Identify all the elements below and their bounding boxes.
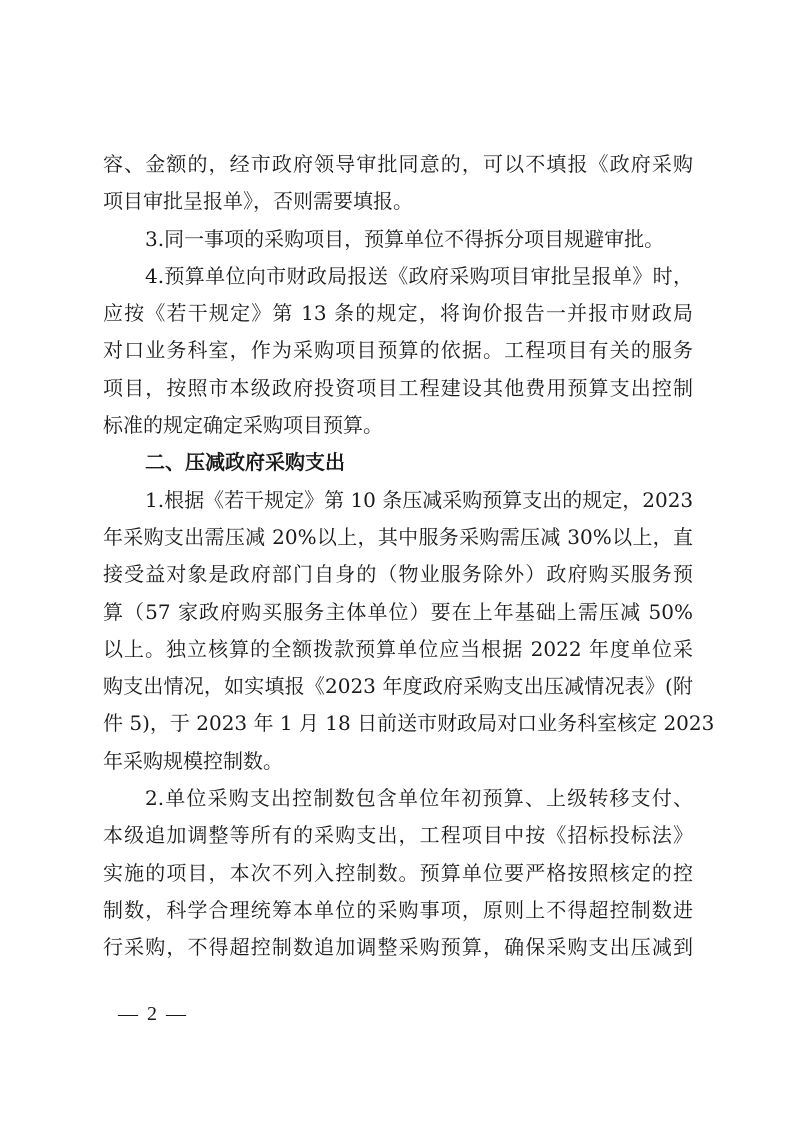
list-item-1: 1.根据《若干规定》第 10 条压减采购预算支出的规定，2023 [103, 482, 693, 519]
text-line: 项目审批呈报单》，否则需要填报。 [103, 183, 693, 220]
text-line: 制数，科学合理统筹本单位的采购事项，原则上不得超控制数进 [103, 892, 693, 929]
list-item-4: 4.预算单位向市财政局报送《政府采购项目审批呈报单》时， [103, 258, 693, 295]
text-line: 购支出情况，如实填报《2023 年度政府采购支出压减情况表》(附 [103, 668, 693, 705]
text-line: 对口业务科室，作为采购项目预算的依据。工程项目有关的服务 [103, 332, 693, 369]
text-line: 以上。独立核算的全额拨款预算单位应当根据 2022 年度单位采 [103, 631, 693, 668]
text-line: 容、金额的，经市政府领导审批同意的，可以不填报《政府采购 [103, 146, 693, 183]
text-line: 年采购规模控制数。 [103, 743, 693, 780]
section-heading: 二、压减政府采购支出 [103, 444, 693, 481]
text-line: 实施的项目，本次不列入控制数。预算单位要严格按照核定的控 [103, 855, 693, 892]
text-line: 件 5)，于 2023 年 1 月 18 日前送市财政局对口业务科室核定 202… [103, 705, 693, 742]
text-line: 标准的规定确定采购项目预算。 [103, 407, 693, 444]
text-line: 算（57 家政府购买服务主体单位）要在上年基础上需压减 50% [103, 594, 693, 631]
page-number: — 2 — [118, 1003, 188, 1026]
document-page: 容、金额的，经市政府领导审批同意的，可以不填报《政府采购 项目审批呈报单》，否则… [0, 0, 793, 1122]
text-line: 项目，按照市本级政府投资项目工程建设其他费用预算支出控制 [103, 370, 693, 407]
text-line: 接受益对象是政府部门自身的（物业服务除外）政府购买服务预 [103, 556, 693, 593]
text-line: 年采购支出需压减 20%以上，其中服务采购需压减 30%以上，直 [103, 519, 693, 556]
text-line: 本级追加调整等所有的采购支出，工程项目中按《招标投标法》 [103, 817, 693, 854]
text-line: 行采购，不得超控制数追加调整采购预算，确保采购支出压减到 [103, 929, 693, 966]
list-item-2: 2.单位采购支出控制数包含单位年初预算、上级转移支付、 [103, 780, 693, 817]
text-line: 应按《若干规定》第 13 条的规定，将询价报告一并报市财政局 [103, 295, 693, 332]
document-body: 容、金额的，经市政府领导审批同意的，可以不填报《政府采购 项目审批呈报单》，否则… [103, 146, 693, 967]
list-item-3: 3.同一事项的采购项目，预算单位不得拆分项目规避审批。 [103, 221, 693, 258]
